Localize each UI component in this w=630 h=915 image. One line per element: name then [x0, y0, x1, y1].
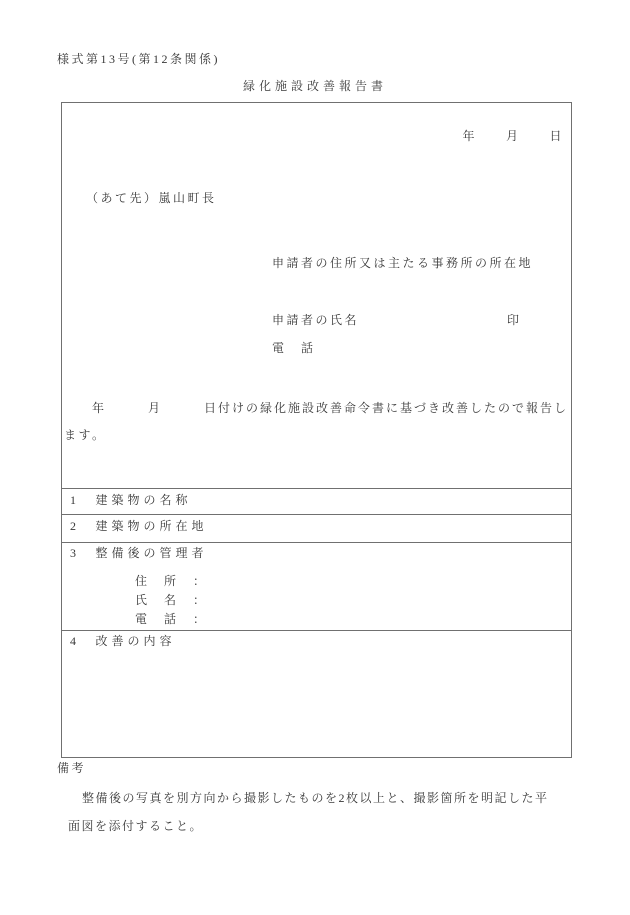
row-divider [62, 514, 571, 515]
row-number: 1 [70, 493, 79, 508]
manager-phone-label: 電 話 ： [135, 612, 208, 627]
notes-label: 備考 [57, 761, 86, 776]
form-number: 様式第13号(第12条関係) [57, 52, 220, 67]
row-label: 建築物の所在地 [96, 519, 208, 533]
row-label: 建築物の名称 [96, 493, 192, 507]
row-label: 改善の内容 [96, 634, 176, 648]
applicant-phone-label: 電 話 [272, 341, 316, 356]
statement-line-2: ます。 [64, 428, 107, 443]
date-line: 年 月 日 [462, 129, 564, 144]
row-divider [62, 488, 571, 489]
row-divider [62, 542, 571, 543]
form-border-box: 年 月 日 （あて先）嵐山町長 申請者の住所又は主たる事務所の所在地 申請者の氏… [61, 102, 572, 758]
table-row-improvement-details: 4改善の内容 [70, 634, 176, 649]
row-number: 4 [70, 634, 79, 649]
addressee-line: （あて先）嵐山町長 [86, 191, 217, 206]
row-divider [62, 630, 571, 631]
table-row-building-location: 2建築物の所在地 [70, 519, 208, 534]
page-title: 緑化施設改善報告書 [0, 79, 630, 94]
statement-line-1: 年 月 日付けの緑化施設改善命令書に基づき改善したので報告し [64, 401, 568, 416]
applicant-address-label: 申請者の住所又は主たる事務所の所在地 [272, 256, 533, 271]
row-number: 2 [70, 519, 79, 534]
table-row-manager: 3整備後の管理者 [70, 546, 208, 561]
report-form-page: 様式第13号(第12条関係) 緑化施設改善報告書 年 月 日 （あて先）嵐山町長… [0, 0, 630, 915]
seal-mark: 印 [507, 313, 522, 328]
table-row-building-name: 1建築物の名称 [70, 493, 192, 508]
notes-line-2: 面図を添付すること。 [68, 819, 203, 834]
manager-address-label: 住 所 ： [135, 574, 208, 589]
manager-name-label: 氏 名 ： [135, 593, 208, 608]
row-number: 3 [70, 546, 79, 561]
notes-line-1: 整備後の写真を別方向から撮影したものを2枚以上と、撮影箇所を明記した平 [82, 791, 549, 806]
row-label: 整備後の管理者 [96, 546, 208, 560]
applicant-name-label: 申請者の氏名 [272, 313, 359, 328]
